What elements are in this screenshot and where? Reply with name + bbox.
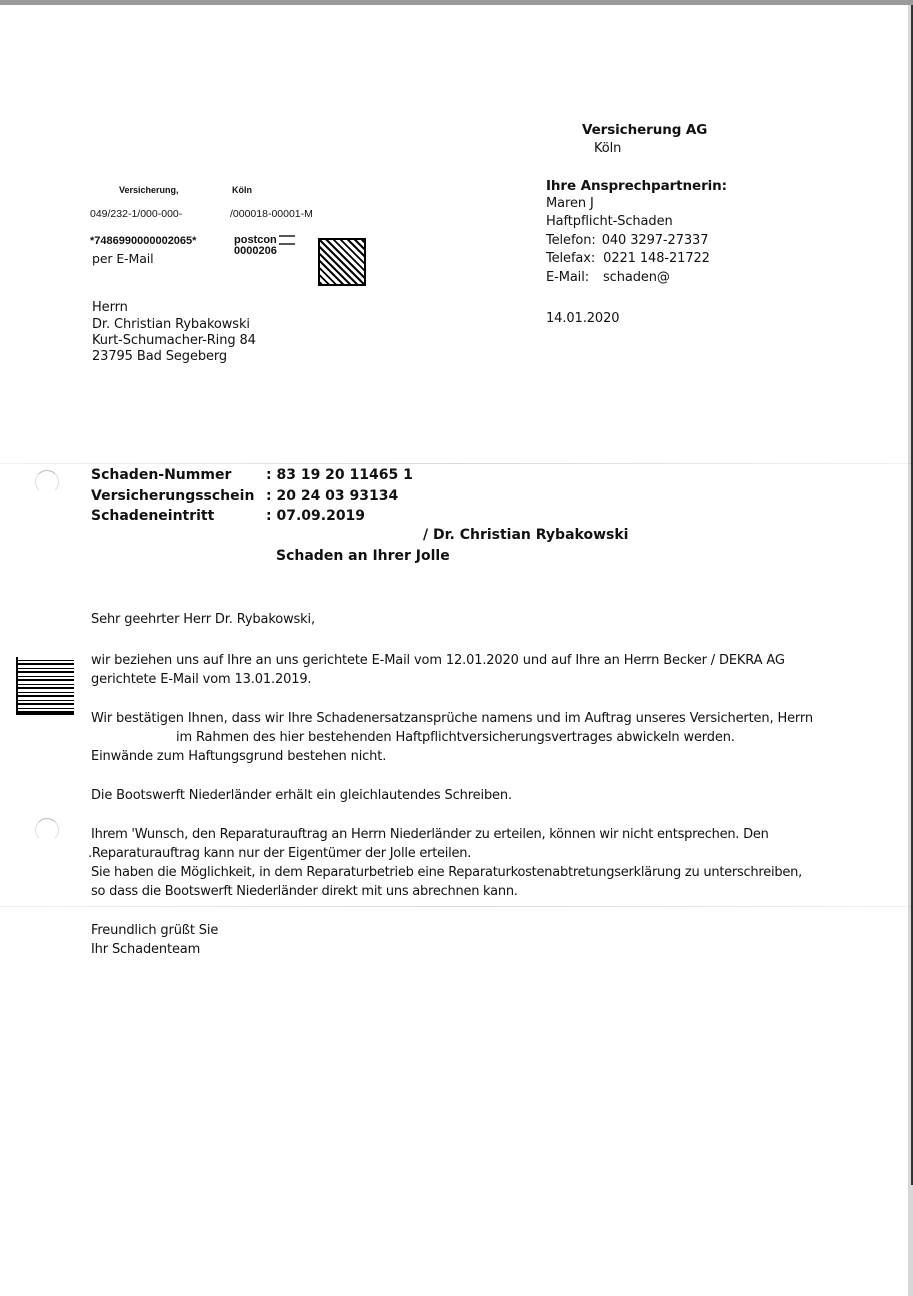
reference-row: Versicherungsschein : 20 24 03 93134 [91,486,413,507]
recipient-salutation: Herrn [92,299,128,318]
contact-heading: Ihre Ansprechpartnerin: [546,177,727,196]
sender-city: Köln [594,140,621,159]
reference-value: : 07.09.2019 [266,506,365,527]
body-paragraph-2: Wir bestätigen Ihnen, dass wir Ihre Scha… [91,709,813,766]
reference-label: Schadeneintritt [91,506,266,527]
fax-label: Telefax: [546,251,595,266]
body-paragraph-4: Ihrem 'Wunsch, den Reparaturauftrag an H… [91,825,802,901]
postal-company: Versicherung, [119,185,179,195]
punch-hole-mark [35,818,59,842]
reference-row: Schaden-Nummer : 83 19 20 11465 1 [91,465,413,486]
reference-label: Schaden-Nummer [91,465,266,486]
datamatrix-code-icon [318,238,366,286]
reference-label: Versicherungsschein [91,486,266,507]
contact-department: Haftpflicht-Schaden [546,213,673,232]
postal-reference-left: 049/232-1/000-000- [90,208,182,220]
recipient-city: 23795 Bad Segeberg [92,348,227,367]
email-address[interactable]: schaden@ [603,270,670,285]
postcon-number: 0000206 [234,246,295,257]
body-paragraph-1: wir beziehen uns auf Ihre an uns gericht… [91,651,785,689]
reference-table: Schaden-Nummer : 83 19 20 11465 1 Versic… [91,465,413,527]
fold-line [0,906,913,907]
email-label: E-Mail: [546,270,589,285]
subject-line: Schaden an Ihrer Jolle [276,548,450,564]
reference-value: : 83 19 20 11465 1 [266,465,413,486]
barcode-number: *7486990000002065* [90,235,196,247]
punch-hole-mark [35,470,59,494]
body-paragraph-3: Die Bootswerft Niederländer erhält ein g… [91,786,512,805]
closing-line: Freundlich grüßt Sie [91,921,218,940]
postal-reference-right: /000018-00001-M [230,208,313,220]
closing-signature: Ihr Schadenteam [91,940,218,959]
postcon-bars-icon [279,235,295,245]
fax-number: 0221 148-21722 [603,251,710,266]
phone-number: 040 3297-27337 [602,233,709,248]
closing: Freundlich grüßt Sie Ihr Schadenteam [91,921,218,959]
phone-label: Telefon: [546,233,596,248]
postal-city: Köln [232,185,252,195]
parties-line: / Dr. Christian Rybakowski [423,527,628,543]
fold-line [0,463,913,464]
sender-company: Versicherung AG [582,121,707,140]
reference-value: : 20 24 03 93134 [266,486,398,507]
scan-top-edge [0,0,913,5]
margin-datamatrix-icon [16,657,74,715]
greeting: Sehr geehrter Herr Dr. Rybakowski, [91,610,315,629]
reference-row: Schadeneintritt : 07.09.2019 [91,506,413,527]
delivery-method: per E-Mail [92,250,154,269]
letter-date: 14.01.2020 [546,310,619,329]
contact-name: Maren J [546,195,594,214]
